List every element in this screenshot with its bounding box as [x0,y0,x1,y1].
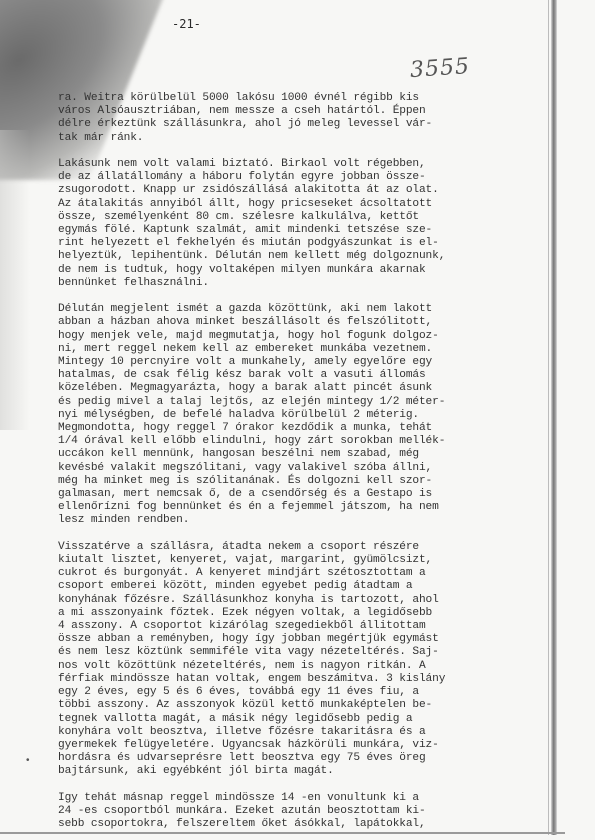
text-line: tak már ránk. [58,132,548,145]
text-line: egy 2 éves, egy 5 és 6 éves, továbbá egy… [58,686,548,699]
text-line: kevésbé valakit megszólitani, vagy valak… [58,462,548,475]
text-line: de az állatállomány a háboru folytán egy… [58,171,548,184]
text-line: konyhára volt beosztva, illetve főzésre … [58,726,548,739]
text-line: nos volt közöttünk nézeteltérés, nem is … [58,660,548,673]
margin-dot: • [26,755,30,766]
text-line: Az átalakitás annyiból állt, hogy pricse… [58,198,548,211]
handwritten-note: 3555 [409,54,471,83]
page-edge-line [548,0,549,835]
binding-edge [551,0,557,835]
text-line: uccákon kell mennünk, hangosan beszélni … [58,448,548,461]
text-line: ra. Weitra körülbelül 5000 lakósu 1000 é… [58,92,548,105]
scan-shadow-left [0,130,30,430]
text-line: de nem is tudtuk, hogy voltaképen milyen… [58,264,548,277]
text-line: hogy menjek vele, majd megmutatja, hogy … [58,330,548,343]
text-line: kiutalt lisztet, kenyeret, vajat, margar… [58,554,548,567]
text-line: nyi mélységben, de befelé haladva körülb… [58,409,548,422]
paragraph: ra. Weitra körülbelül 5000 lakósu 1000 é… [58,92,548,145]
text-line: hordásra és udvarseprésre lett beosztva … [58,752,548,765]
text-line: rint helyezett el fekhelyén és miután po… [58,237,548,250]
scanned-page: -21- 3555 ra. Weitra körülbelül 5000 lak… [0,0,595,840]
text-line: egymás fölé. Kaptunk szalmát, amit minde… [58,224,548,237]
text-line: össze abban a reményben, hogy így jobban… [58,633,548,646]
text-line: Mintegy 10 percnyire volt a munkahely, a… [58,356,548,369]
paragraph: Visszatérve a szállásra, átadta nekem a … [58,541,548,779]
text-line: 1/4 órával kell előbb elindulni, hogy zá… [58,435,548,448]
text-line: hatalmas, de csak félig kész barak volt … [58,369,548,382]
text-line: lesz minden rendben. [58,514,548,527]
text-line: cukrot és burgonyát. A kenyeret mindjárt… [58,567,548,580]
text-line: gyermekek felügyeletére. Ugyancsak házkö… [58,739,548,752]
text-line: helyeztük, lepihentünk. Délután nem kell… [58,250,548,263]
page-number: -21- [172,17,201,31]
text-line: 4 asszony. A csoportot kizárólag szegedi… [58,620,548,633]
text-line: délre érkeztünk szállásunkra, ahol jó me… [58,118,548,131]
text-line: Lakásunk nem volt valami biztató. Birkao… [58,158,548,171]
text-line: galmasan, mert nemcsak ő, de a csendőrsé… [58,488,548,501]
text-line: Délután megjelent ismét a gazda közöttün… [58,303,548,316]
text-line: zsugorodott. Knapp ur zsidószállásá alak… [58,184,548,197]
text-line: még ha minket meg is szólitanának. És do… [58,475,548,488]
paragraph: Délután megjelent ismét a gazda közöttün… [58,303,548,527]
text-line: város Alsóausztriában, nem messze a cseh… [58,105,548,118]
text-line: és pedig mivel a talaj lejtős, az elején… [58,396,548,409]
text-line: közelében. Megmagyarázta, hogy a barak a… [58,382,548,395]
text-line: Igy tehát másnap reggel mindössze 14 -en… [58,792,548,805]
text-line: bennünket felhasználni. [58,277,548,290]
text-line: Megmondotta, hogy reggel 7 órakor kezdőd… [58,422,548,435]
text-line: tegnek vallotta magát, a másik négy legi… [58,713,548,726]
paragraph: Lakásunk nem volt valami biztató. Birkao… [58,158,548,290]
text-line: Visszatérve a szállásra, átadta nekem a … [58,541,548,554]
text-line: férfiak mindössze hatan voltak, engem be… [58,673,548,686]
text-line: 24 -es csoportból munkára. Ezeket azután… [58,805,548,818]
text-line: csoport emberei között, minden egyebet p… [58,580,548,593]
text-line: ellenőrízni fog bennünket és én a fejemm… [58,501,548,514]
text-line: többi asszony. Az asszonyok közül kettő … [58,699,548,712]
text-line: a mi asszonyaink főztek. Ezek négyen vol… [58,607,548,620]
text-line: konyhának főzésre. Szállásunkhoz konyha … [58,594,548,607]
text-line: ni, mert reggel nekem kell az embereket … [58,343,548,356]
document-body: ra. Weitra körülbelül 5000 lakósu 1000 é… [58,92,548,840]
text-line: abban a házban ahova minket beszállásolt… [58,316,548,329]
text-line: sebb csoportokra, felszereltem őket ásók… [58,818,548,831]
paragraph: Igy tehát másnap reggel mindössze 14 -en… [58,792,548,832]
text-line: bajtársunk, aki egyébként jól birta magá… [58,765,548,778]
text-line: és nem lesz köztünk semmiféle vita vagy … [58,646,548,659]
text-line: össze, személyenként 80 cm. szélesre kal… [58,211,548,224]
